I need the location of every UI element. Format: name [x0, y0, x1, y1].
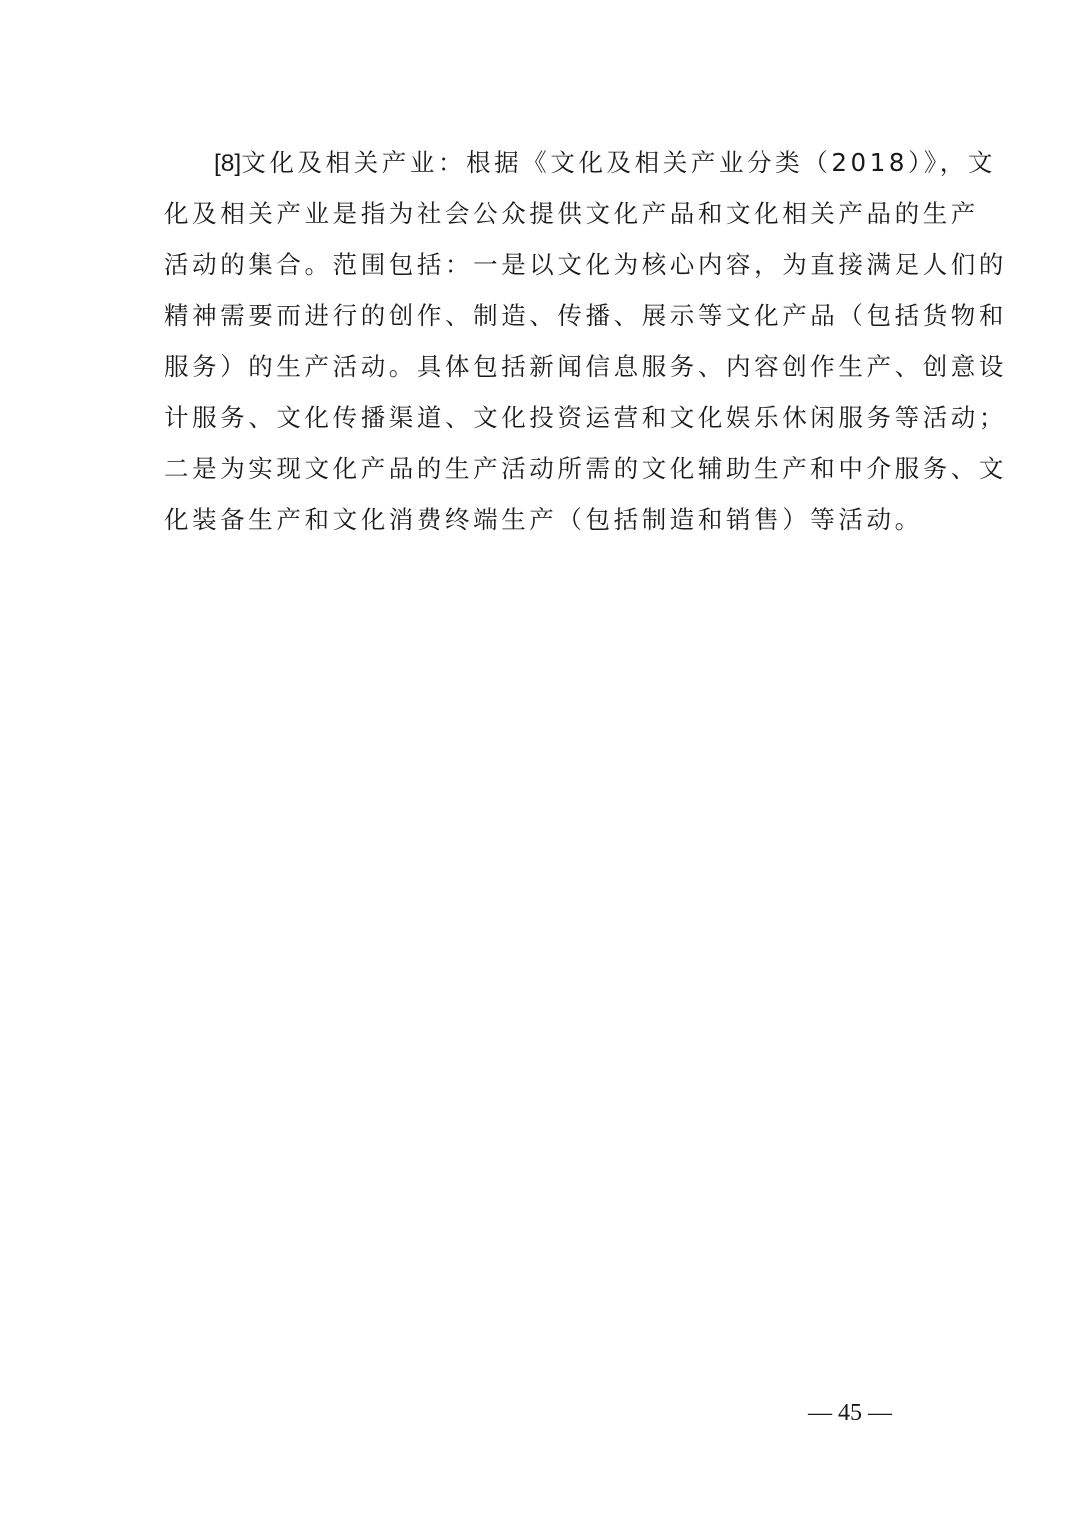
footnote-line: [8]文化及相关产业：根据《文化及相关产业分类（2018）》，文 — [164, 142, 914, 193]
footnote-line: 化及相关产业是指为社会公众提供文化产品和文化相关产品的生产 — [164, 193, 914, 244]
footnote-line: 服务）的生产活动。具体包括新闻信息服务、内容创作生产、创意设 — [164, 346, 914, 397]
document-page: [8]文化及相关产业：根据《文化及相关产业分类（2018）》，文 化及相关产业是… — [0, 0, 1074, 1520]
footnote-line: 二是为实现文化产品的生产活动所需的文化辅助生产和中介服务、文 — [164, 448, 914, 499]
footnote-line: 活动的集合。范围包括：一是以文化为核心内容，为直接满足人们的 — [164, 244, 914, 295]
footnote-8: [8]文化及相关产业：根据《文化及相关产业分类（2018）》，文 化及相关产业是… — [164, 142, 914, 550]
footnote-line: 计服务、文化传播渠道、文化投资运营和文化娱乐休闲服务等活动； — [164, 397, 914, 448]
footnote-text: 文化及相关产业：根据《文化及相关产业分类（2018）》，文 — [241, 148, 996, 177]
page-number: — 45 — — [808, 1400, 892, 1427]
footnote-line: 精神需要而进行的创作、制造、传播、展示等文化产品（包括货物和 — [164, 295, 914, 346]
footnote-marker: [8] — [214, 150, 241, 177]
footnote-line: 化装备生产和文化消费终端生产（包括制造和销售）等活动。 — [164, 499, 914, 550]
